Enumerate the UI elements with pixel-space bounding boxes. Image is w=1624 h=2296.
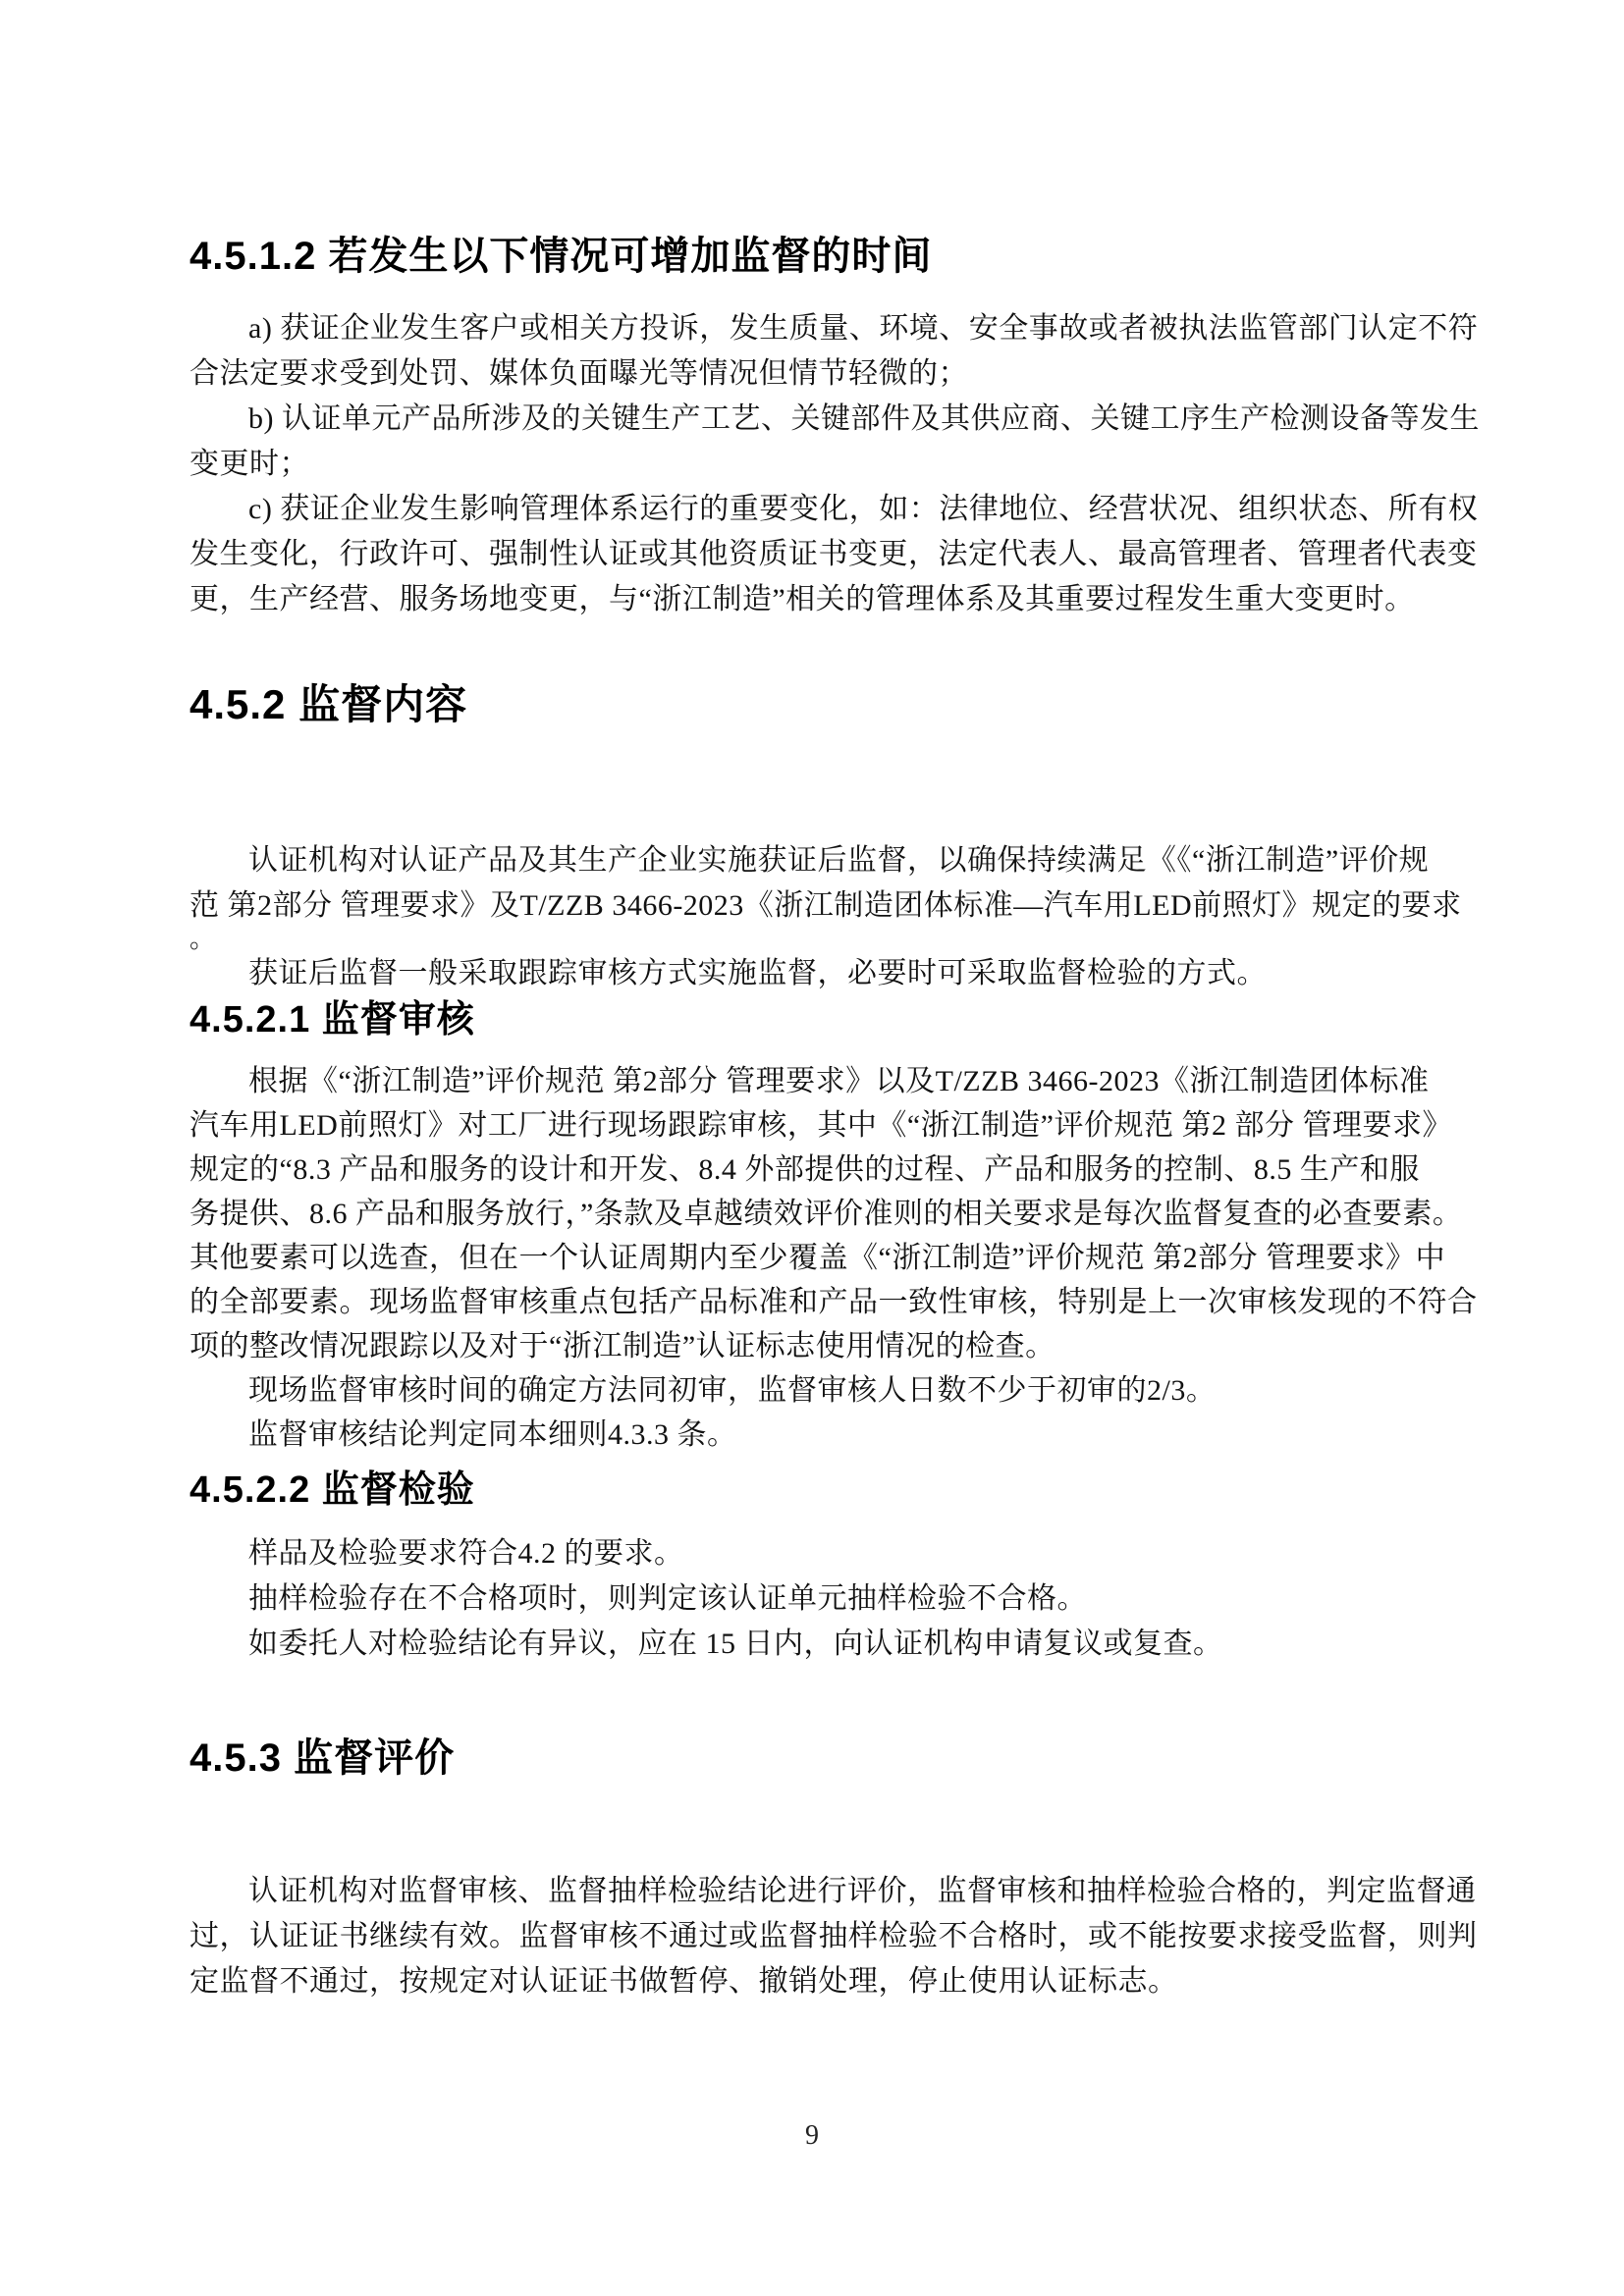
top-margin [189, 0, 1435, 232]
text-line: 合法定要求受到处罚、媒体负面曝光等情况但情节轻微的； [189, 351, 1435, 397]
text-line: 现场监督审核时间的确定方法同初审，监督审核人日数不少于初审的2/3。 [189, 1368, 1435, 1413]
section-heading-4-5-1-2: 4.5.1.2 若发生以下情况可增加监督的时间 [189, 232, 1435, 281]
section-body-4-5-2-2: 样品及检验要求符合4.2 的要求。 抽样检验存在不合格项时，则判定该认证单元抽样… [189, 1531, 1435, 1667]
section-heading-4-5-2-2: 4.5.2.2 监督检验 [189, 1467, 1435, 1514]
section-heading-4-5-3: 4.5.3 监督评价 [189, 1734, 1435, 1783]
text-line: 务提供、8.6 产品和服务放行，”条款及卓越绩效评价准则的相关要求是每次监督复查… [189, 1192, 1435, 1236]
text-line: 抽样检验存在不合格项时，则判定该认证单元抽样检验不合格。 [189, 1576, 1435, 1622]
text-line: 变更时； [189, 442, 1435, 487]
text-line: 的全部要素。现场监督审核重点包括产品标准和产品一致性审核，特别是上一次审核发现的… [189, 1280, 1435, 1324]
text-line: 样品及检验要求符合4.2 的要求。 [189, 1531, 1435, 1576]
text-line: 范 第2部分 管理要求》及T/ZZB 3466-2023《浙江制造团体标准—汽车… [189, 883, 1435, 928]
text-line: 获证后监督一般采取跟踪审核方式实施监督，必要时可采取监督检验的方式。 [189, 951, 1435, 996]
section-body-4-5-1-2: a) 获证企业发生客户或相关方投诉，发生质量、环境、安全事故或者被执法监管部门认… [189, 306, 1435, 622]
section-heading-4-5-2: 4.5.2 监督内容 [189, 679, 1435, 730]
text-line: a) 获证企业发生客户或相关方投诉，发生质量、环境、安全事故或者被执法监管部门认… [189, 306, 1435, 351]
text-line: 监督审核结论判定同本细则4.3.3 条。 [189, 1413, 1435, 1457]
text-line: 规定的“8.3 产品和服务的设计和开发、8.4 外部提供的过程、产品和服务的控制… [189, 1148, 1435, 1192]
section-body-4-5-2: 认证机构对认证产品及其生产企业实施获证后监督，以确保持续满足《《“浙江制造”评价… [189, 838, 1435, 996]
text-line: 认证机构对认证产品及其生产企业实施获证后监督，以确保持续满足《《“浙江制造”评价… [189, 838, 1435, 883]
text-line: b) 认证单元产品所涉及的关键生产工艺、关键部件及其供应商、关键工序生产检测设备… [189, 397, 1435, 442]
section-heading-4-5-2-1: 4.5.2.1 监督审核 [189, 996, 1435, 1043]
document-content: 4.5.1.2 若发生以下情况可增加监督的时间 a) 获证企业发生客户或相关方投… [189, 0, 1435, 2004]
text-line: 认证机构对监督审核、监督抽样检验结论进行评价，监督审核和抽样检验合格的，判定监督… [189, 1869, 1435, 1914]
text-line: 。 [189, 928, 1435, 951]
text-line: 发生变化，行政许可、强制性认证或其他资质证书变更，法定代表人、最高管理者、管理者… [189, 532, 1435, 577]
section-body-4-5-3: 认证机构对监督审核、监督抽样检验结论进行评价，监督审核和抽样检验合格的，判定监督… [189, 1869, 1435, 2004]
section-body-4-5-2-1: 根据《“浙江制造”评价规范 第2部分 管理要求》以及T/ZZB 3466-202… [189, 1059, 1435, 1457]
document-page: 4.5.1.2 若发生以下情况可增加监督的时间 a) 获证企业发生客户或相关方投… [0, 0, 1624, 2296]
text-line: 项的整改情况跟踪以及对于“浙江制造”认证标志使用情况的检查。 [189, 1324, 1435, 1368]
text-line: 其他要素可以选查，但在一个认证周期内至少覆盖《“浙江制造”评价规范 第2部分 管… [189, 1236, 1435, 1280]
text-line: 定监督不通过，按规定对认证证书做暂停、撤销处理，停止使用认证标志。 [189, 1959, 1435, 2004]
text-line: 汽车用LED前照灯》对工厂进行现场跟踪审核，其中《“浙江制造”评价规范 第2 部… [189, 1103, 1435, 1148]
text-line: 过，认证证书继续有效。监督审核不通过或监督抽样检验不合格时，或不能按要求接受监督… [189, 1914, 1435, 1959]
text-line: c) 获证企业发生影响管理体系运行的重要变化，如：法律地位、经营状况、组织状态、… [189, 487, 1435, 532]
text-line: 更，生产经营、服务场地变更，与“浙江制造”相关的管理体系及其重要过程发生重大变更… [189, 577, 1435, 622]
text-line: 如委托人对检验结论有异议，应在 15 日内，向认证机构申请复议或复查。 [189, 1622, 1435, 1667]
text-line: 根据《“浙江制造”评价规范 第2部分 管理要求》以及T/ZZB 3466-202… [189, 1059, 1435, 1103]
page-number: 9 [0, 2120, 1624, 2152]
